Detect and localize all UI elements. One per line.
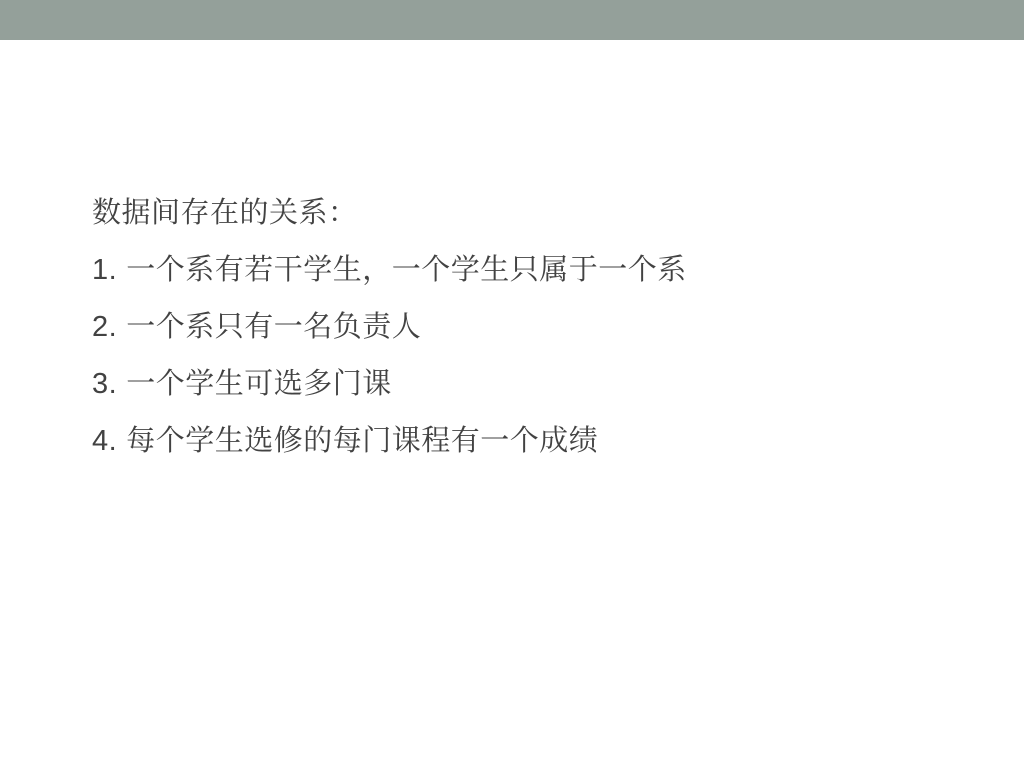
presentation-slide: 数据间存在的关系： 1.一个系有若干学生，一个学生只属于一个系 2.一个系只有一… <box>0 0 1024 768</box>
list-item-4-text: 每个学生选修的每门课程有一个成绩 <box>126 425 598 457</box>
list-item-1: 1.一个系有若干学生，一个学生只属于一个系 <box>92 242 952 299</box>
list-item-2-text: 一个系只有一名负责人 <box>126 311 421 343</box>
list-item-3-number: 3. <box>92 368 117 400</box>
list-item-4: 4.每个学生选修的每门课程有一个成绩 <box>92 413 952 470</box>
slide-body-text: 数据间存在的关系： 1.一个系有若干学生，一个学生只属于一个系 2.一个系只有一… <box>92 185 952 470</box>
list-item-3-text: 一个学生可选多门课 <box>126 368 392 400</box>
list-item-1-text: 一个系有若干学生，一个学生只属于一个系 <box>126 254 687 286</box>
slide-top-bar <box>0 0 1024 40</box>
list-item-2-number: 2. <box>92 311 117 343</box>
list-item-2: 2.一个系只有一名负责人 <box>92 299 952 356</box>
list-item-4-number: 4. <box>92 425 117 457</box>
list-item-1-number: 1. <box>92 254 117 286</box>
list-item-3: 3.一个学生可选多门课 <box>92 356 952 413</box>
slide-heading: 数据间存在的关系： <box>92 185 952 242</box>
